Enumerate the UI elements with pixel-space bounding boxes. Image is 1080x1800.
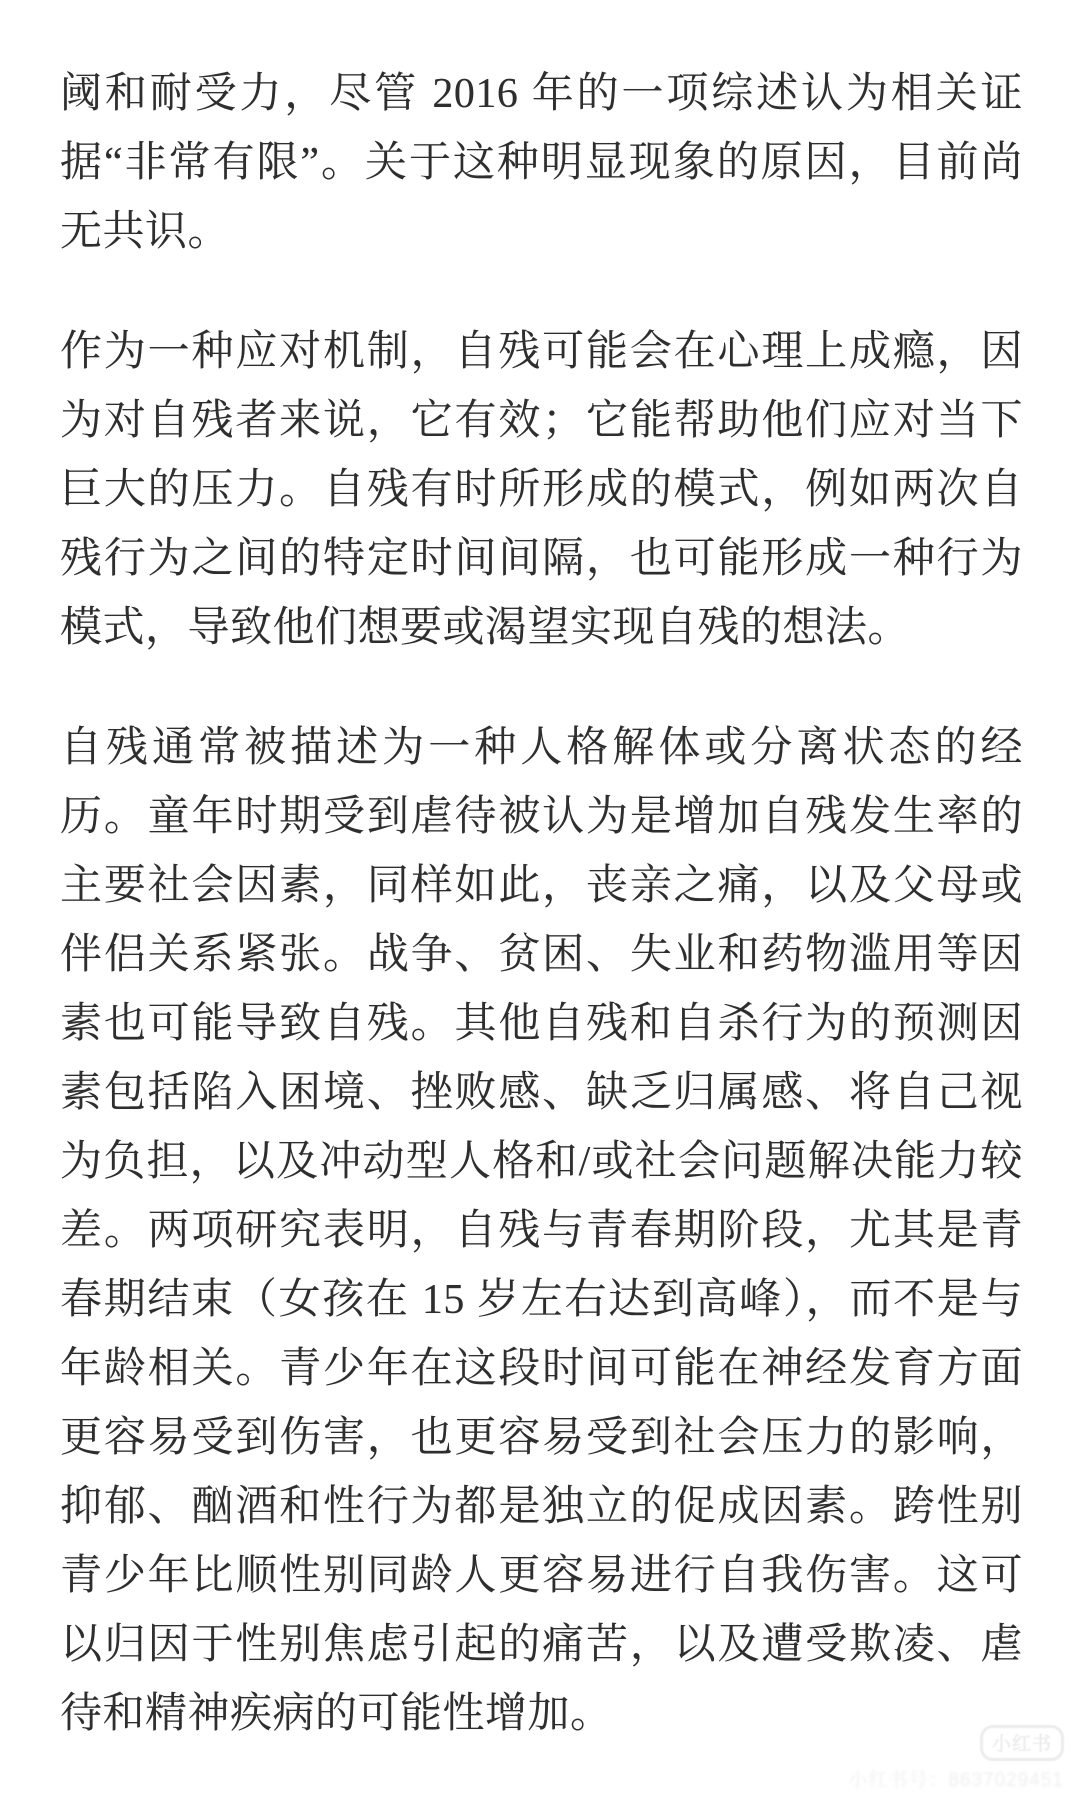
paragraph-3: 自残通常被描述为一种人格解体或分离状态的经历。童年时期受到虐待被认为是增加自残发… — [60, 714, 1023, 1749]
article-page: 阈和耐受力，尽管 2016 年的一项综述认为相关证据“非常有限”。关于这种明显现… — [0, 0, 1080, 1800]
paragraph-1: 阈和耐受力，尽管 2016 年的一项综述认为相关证据“非常有限”。关于这种明显现… — [60, 60, 1023, 267]
paragraph-2: 作为一种应对机制，自残可能会在心理上成瘾，因为对自残者来说，它有效；它能帮助他们… — [60, 318, 1023, 663]
